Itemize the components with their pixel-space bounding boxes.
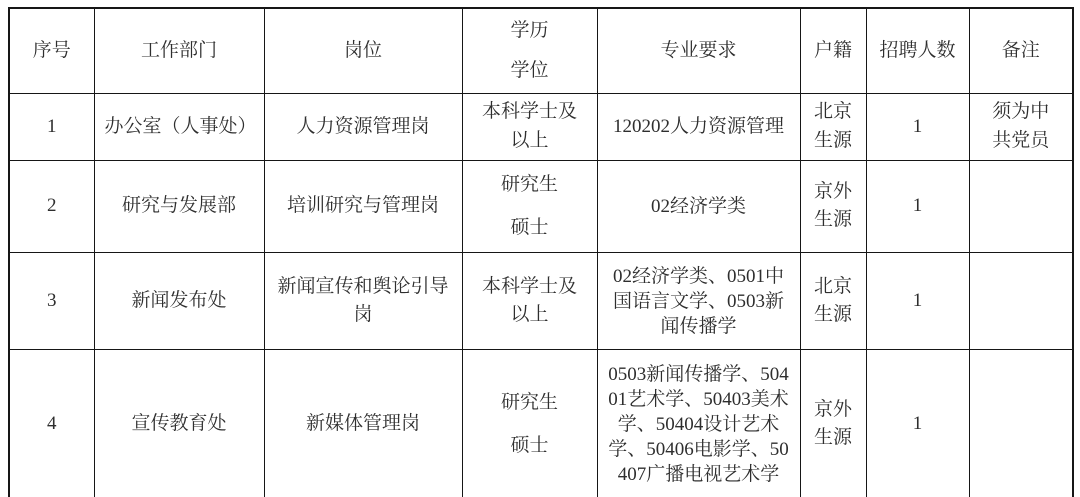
header-seq: 序号 bbox=[9, 8, 94, 93]
position-cell: 培训研究与管理岗 bbox=[264, 160, 462, 252]
seq-cell: 1 bbox=[9, 93, 94, 160]
household-registration-cell: 京外生源 bbox=[800, 160, 866, 252]
table-row: 3新闻发布处新闻宣传和舆论引导岗本科学士及以上02经济学类、0501中国语言文学… bbox=[9, 253, 1073, 350]
department-cell: 新闻发布处 bbox=[94, 253, 264, 350]
major-requirements-cell: 120202人力资源管理 bbox=[597, 93, 800, 160]
recruitment-positions-document: 序号 工作部门 岗位 学历 学位 专业要求 户籍 招聘人数 备注 1办公室（人事… bbox=[0, 0, 1080, 497]
headcount-cell: 1 bbox=[866, 93, 969, 160]
header-position: 岗位 bbox=[264, 8, 462, 93]
education-cell: 本科学士及以上 bbox=[462, 93, 597, 160]
position-cell: 新媒体管理岗 bbox=[264, 350, 462, 497]
major-requirements-cell: 0503新闻传播学、50401艺术学、50403美术学、50404设计艺术学、5… bbox=[597, 350, 800, 497]
header-major-requirements: 专业要求 bbox=[597, 8, 800, 93]
table-row: 1办公室（人事处）人力资源管理岗本科学士及以上120202人力资源管理北京生源1… bbox=[9, 93, 1073, 160]
remarks-cell: 须为中共党员 bbox=[969, 93, 1073, 160]
header-row: 序号 工作部门 岗位 学历 学位 专业要求 户籍 招聘人数 备注 bbox=[9, 8, 1073, 93]
education-cell: 本科学士及以上 bbox=[462, 253, 597, 350]
position-cell: 新闻宣传和舆论引导岗 bbox=[264, 253, 462, 350]
household-registration-cell: 北京生源 bbox=[800, 93, 866, 160]
department-cell: 宣传教育处 bbox=[94, 350, 264, 497]
remarks-cell bbox=[969, 253, 1073, 350]
header-education-degree: 学历 学位 bbox=[462, 8, 597, 93]
header-household-registration: 户籍 bbox=[800, 8, 866, 93]
recruitment-table: 序号 工作部门 岗位 学历 学位 专业要求 户籍 招聘人数 备注 1办公室（人事… bbox=[8, 7, 1074, 497]
household-registration-cell: 北京生源 bbox=[800, 253, 866, 350]
header-headcount: 招聘人数 bbox=[866, 8, 969, 93]
seq-cell: 2 bbox=[9, 160, 94, 252]
department-cell: 研究与发展部 bbox=[94, 160, 264, 252]
header-department: 工作部门 bbox=[94, 8, 264, 93]
headcount-cell: 1 bbox=[866, 160, 969, 252]
education-cell: 研究生 硕士 bbox=[462, 160, 597, 252]
education-cell: 研究生 硕士 bbox=[462, 350, 597, 497]
headcount-cell: 1 bbox=[866, 253, 969, 350]
table-row: 4宣传教育处新媒体管理岗研究生 硕士0503新闻传播学、50401艺术学、504… bbox=[9, 350, 1073, 497]
major-requirements-cell: 02经济学类 bbox=[597, 160, 800, 252]
seq-cell: 3 bbox=[9, 253, 94, 350]
headcount-cell: 1 bbox=[866, 350, 969, 497]
position-cell: 人力资源管理岗 bbox=[264, 93, 462, 160]
remarks-cell bbox=[969, 350, 1073, 497]
table-row: 2研究与发展部培训研究与管理岗研究生 硕士02经济学类京外生源1 bbox=[9, 160, 1073, 252]
department-cell: 办公室（人事处） bbox=[94, 93, 264, 160]
remarks-cell bbox=[969, 160, 1073, 252]
header-remarks: 备注 bbox=[969, 8, 1073, 93]
seq-cell: 4 bbox=[9, 350, 94, 497]
major-requirements-cell: 02经济学类、0501中国语言文学、0503新闻传播学 bbox=[597, 253, 800, 350]
household-registration-cell: 京外生源 bbox=[800, 350, 866, 497]
